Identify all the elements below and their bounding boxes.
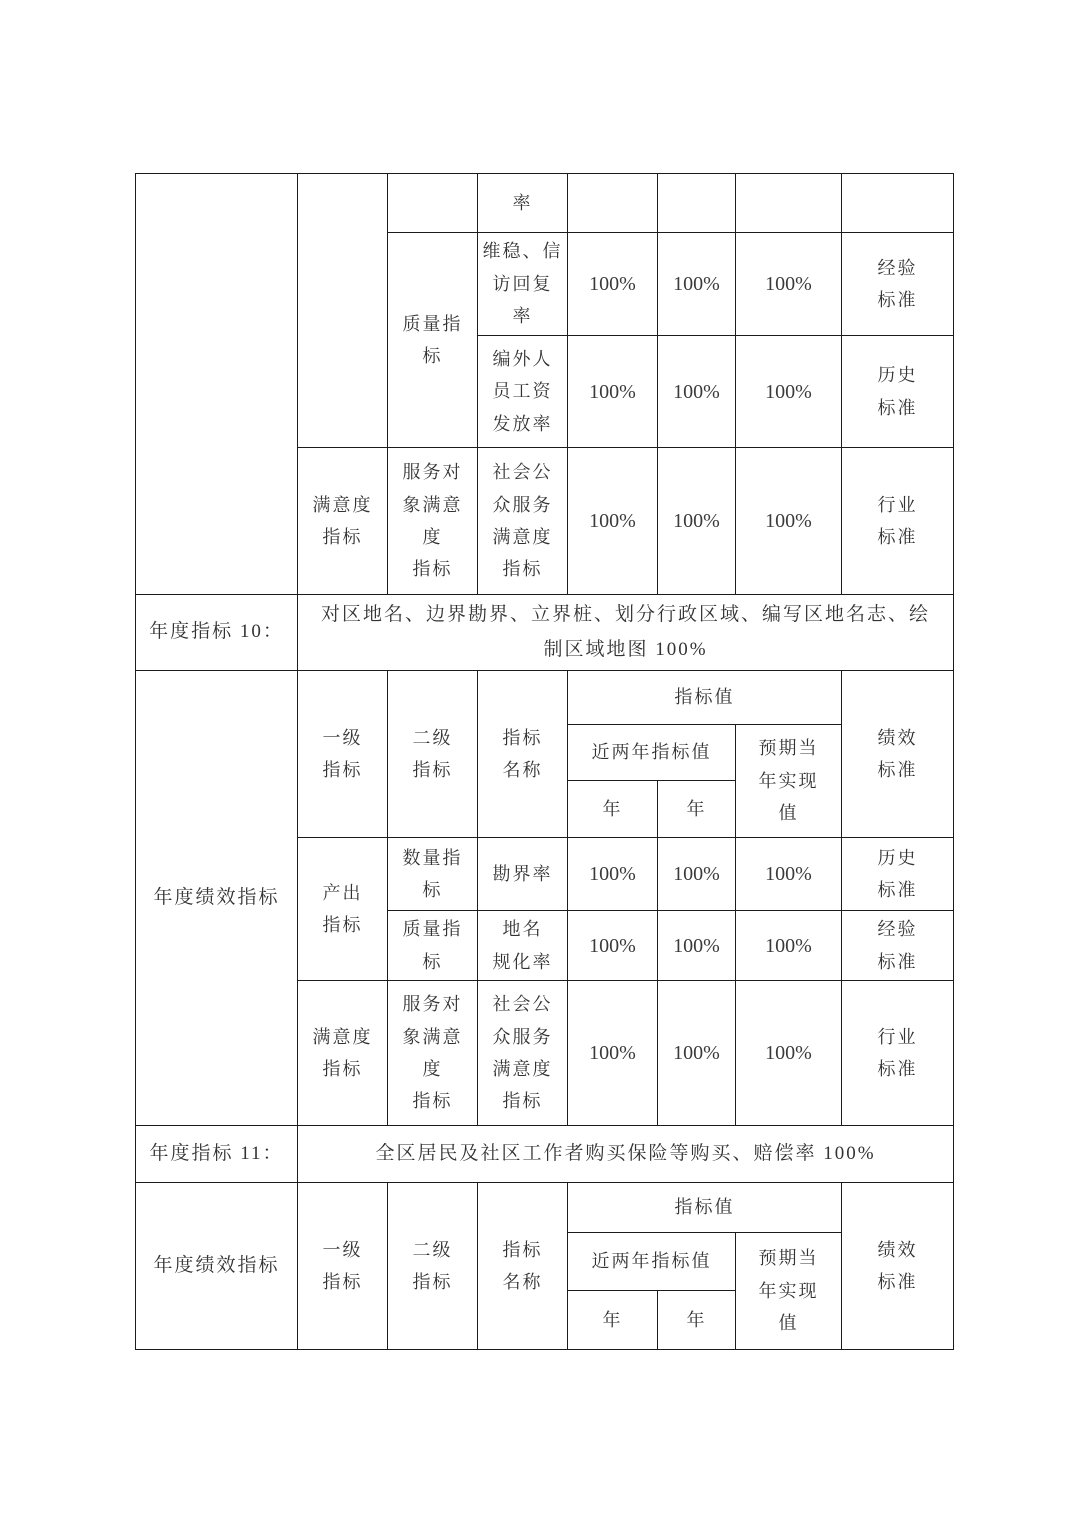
cell-annual-performance-carryover <box>136 174 298 595</box>
performance-indicator-table: 率 质量指 标 维稳、信 访回复 率 100% 100% 100% 经验 标准 … <box>135 173 954 1350</box>
header-primary-indicator: 一级 指标 <box>298 671 388 838</box>
cell-primary-indicator-satisfaction: 满意度 指标 <box>298 981 388 1126</box>
table-row: 年度绩效指标 一级 指标 二级 指标 指标 名称 指标值 绩效 标准 <box>136 671 954 725</box>
table-row: 年度指标 11： 全区居民及社区工作者购买保险等购买、赔偿率 100% <box>136 1126 954 1183</box>
empty-cell <box>658 174 736 233</box>
cell-primary-indicator-satisfaction: 满意度 指标 <box>298 448 388 595</box>
cell-performance-standard: 经验 标准 <box>842 233 954 336</box>
empty-cell <box>736 174 842 233</box>
header-expected-current-year: 预期当 年实现 值 <box>736 725 842 838</box>
cell-indicator-value-year2: 100% <box>658 911 736 981</box>
cell-indicator-value-year1: 100% <box>568 233 658 336</box>
cell-indicator-name: 维稳、信 访回复 率 <box>478 233 568 336</box>
cell-indicator-value-year1: 100% <box>568 838 658 911</box>
header-year-1: 年 <box>568 1291 658 1350</box>
cell-annual-indicator-11-content: 全区居民及社区工作者购买保险等购买、赔偿率 100% <box>298 1126 954 1183</box>
cell-indicator-name: 社会公 众服务 满意度 指标 <box>478 448 568 595</box>
cell-indicator-name-fragment: 率 <box>478 174 568 233</box>
cell-indicator-name: 勘界率 <box>478 838 568 911</box>
header-indicator-value-group: 指标值 <box>568 671 842 725</box>
header-secondary-indicator: 二级 指标 <box>388 1183 478 1350</box>
document-page: 率 质量指 标 维稳、信 访回复 率 100% 100% 100% 经验 标准 … <box>0 0 1074 1520</box>
cell-indicator-value-expected: 100% <box>736 838 842 911</box>
header-year-2: 年 <box>658 1291 736 1350</box>
cell-secondary-indicator-quality: 质量指 标 <box>388 911 478 981</box>
cell-indicator-value-expected: 100% <box>736 448 842 595</box>
header-indicator-name: 指标 名称 <box>478 671 568 838</box>
cell-secondary-indicator-quantity: 数量指 标 <box>388 838 478 911</box>
cell-indicator-value-year2: 100% <box>658 448 736 595</box>
header-recent-two-years: 近两年指标值 <box>568 725 736 781</box>
cell-indicator-name: 社会公 众服务 满意度 指标 <box>478 981 568 1126</box>
header-year-2: 年 <box>658 781 736 838</box>
cell-indicator-value-year1: 100% <box>568 448 658 595</box>
header-performance-standard: 绩效 标准 <box>842 1183 954 1350</box>
cell-indicator-value-expected: 100% <box>736 233 842 336</box>
cell-performance-standard: 历史 标准 <box>842 336 954 448</box>
cell-indicator-value-year1: 100% <box>568 981 658 1126</box>
empty-cell <box>388 174 478 233</box>
header-year-1: 年 <box>568 781 658 838</box>
header-indicator-value-group: 指标值 <box>568 1183 842 1233</box>
cell-indicator-name: 地名 规化率 <box>478 911 568 981</box>
cell-annual-performance-label: 年度绩效指标 <box>136 671 298 1126</box>
empty-cell <box>842 174 954 233</box>
header-indicator-name: 指标 名称 <box>478 1183 568 1350</box>
cell-secondary-indicator-satisfaction: 服务对 象满意 度 指标 <box>388 981 478 1126</box>
cell-indicator-value-expected: 100% <box>736 911 842 981</box>
cell-performance-standard: 行业 标准 <box>842 448 954 595</box>
cell-indicator-value-year1: 100% <box>568 911 658 981</box>
table-row: 年度绩效指标 一级 指标 二级 指标 指标 名称 指标值 绩效 标准 <box>136 1183 954 1233</box>
cell-indicator-value-year2: 100% <box>658 233 736 336</box>
cell-annual-indicator-10-content: 对区地名、边界勘界、立界桩、划分行政区域、编写区地名志、绘 制区域地图 100% <box>298 595 954 671</box>
cell-performance-standard: 历史 标准 <box>842 838 954 911</box>
cell-indicator-value-expected: 100% <box>736 981 842 1126</box>
cell-performance-standard: 经验 标准 <box>842 911 954 981</box>
cell-indicator-value-year2: 100% <box>658 336 736 448</box>
cell-indicator-value-expected: 100% <box>736 336 842 448</box>
cell-indicator-name: 编外人 员工资 发放率 <box>478 336 568 448</box>
empty-cell <box>568 174 658 233</box>
cell-primary-indicator-output: 产出 指标 <box>298 838 388 981</box>
cell-primary-indicator-carryover <box>298 174 388 448</box>
cell-annual-indicator-10-label: 年度指标 10： <box>136 595 298 671</box>
cell-indicator-value-year1: 100% <box>568 336 658 448</box>
cell-secondary-indicator-quality: 质量指 标 <box>388 233 478 448</box>
cell-indicator-value-year2: 100% <box>658 838 736 911</box>
cell-secondary-indicator-satisfaction: 服务对 象满意 度 指标 <box>388 448 478 595</box>
cell-annual-indicator-11-label: 年度指标 11： <box>136 1126 298 1183</box>
cell-indicator-value-year2: 100% <box>658 981 736 1126</box>
table-row: 率 <box>136 174 954 233</box>
header-recent-two-years: 近两年指标值 <box>568 1233 736 1291</box>
cell-annual-performance-label: 年度绩效指标 <box>136 1183 298 1350</box>
header-secondary-indicator: 二级 指标 <box>388 671 478 838</box>
header-expected-current-year: 预期当 年实现 值 <box>736 1233 842 1350</box>
header-primary-indicator: 一级 指标 <box>298 1183 388 1350</box>
cell-performance-standard: 行业 标准 <box>842 981 954 1126</box>
table-row: 年度指标 10： 对区地名、边界勘界、立界桩、划分行政区域、编写区地名志、绘 制… <box>136 595 954 671</box>
header-performance-standard: 绩效 标准 <box>842 671 954 838</box>
